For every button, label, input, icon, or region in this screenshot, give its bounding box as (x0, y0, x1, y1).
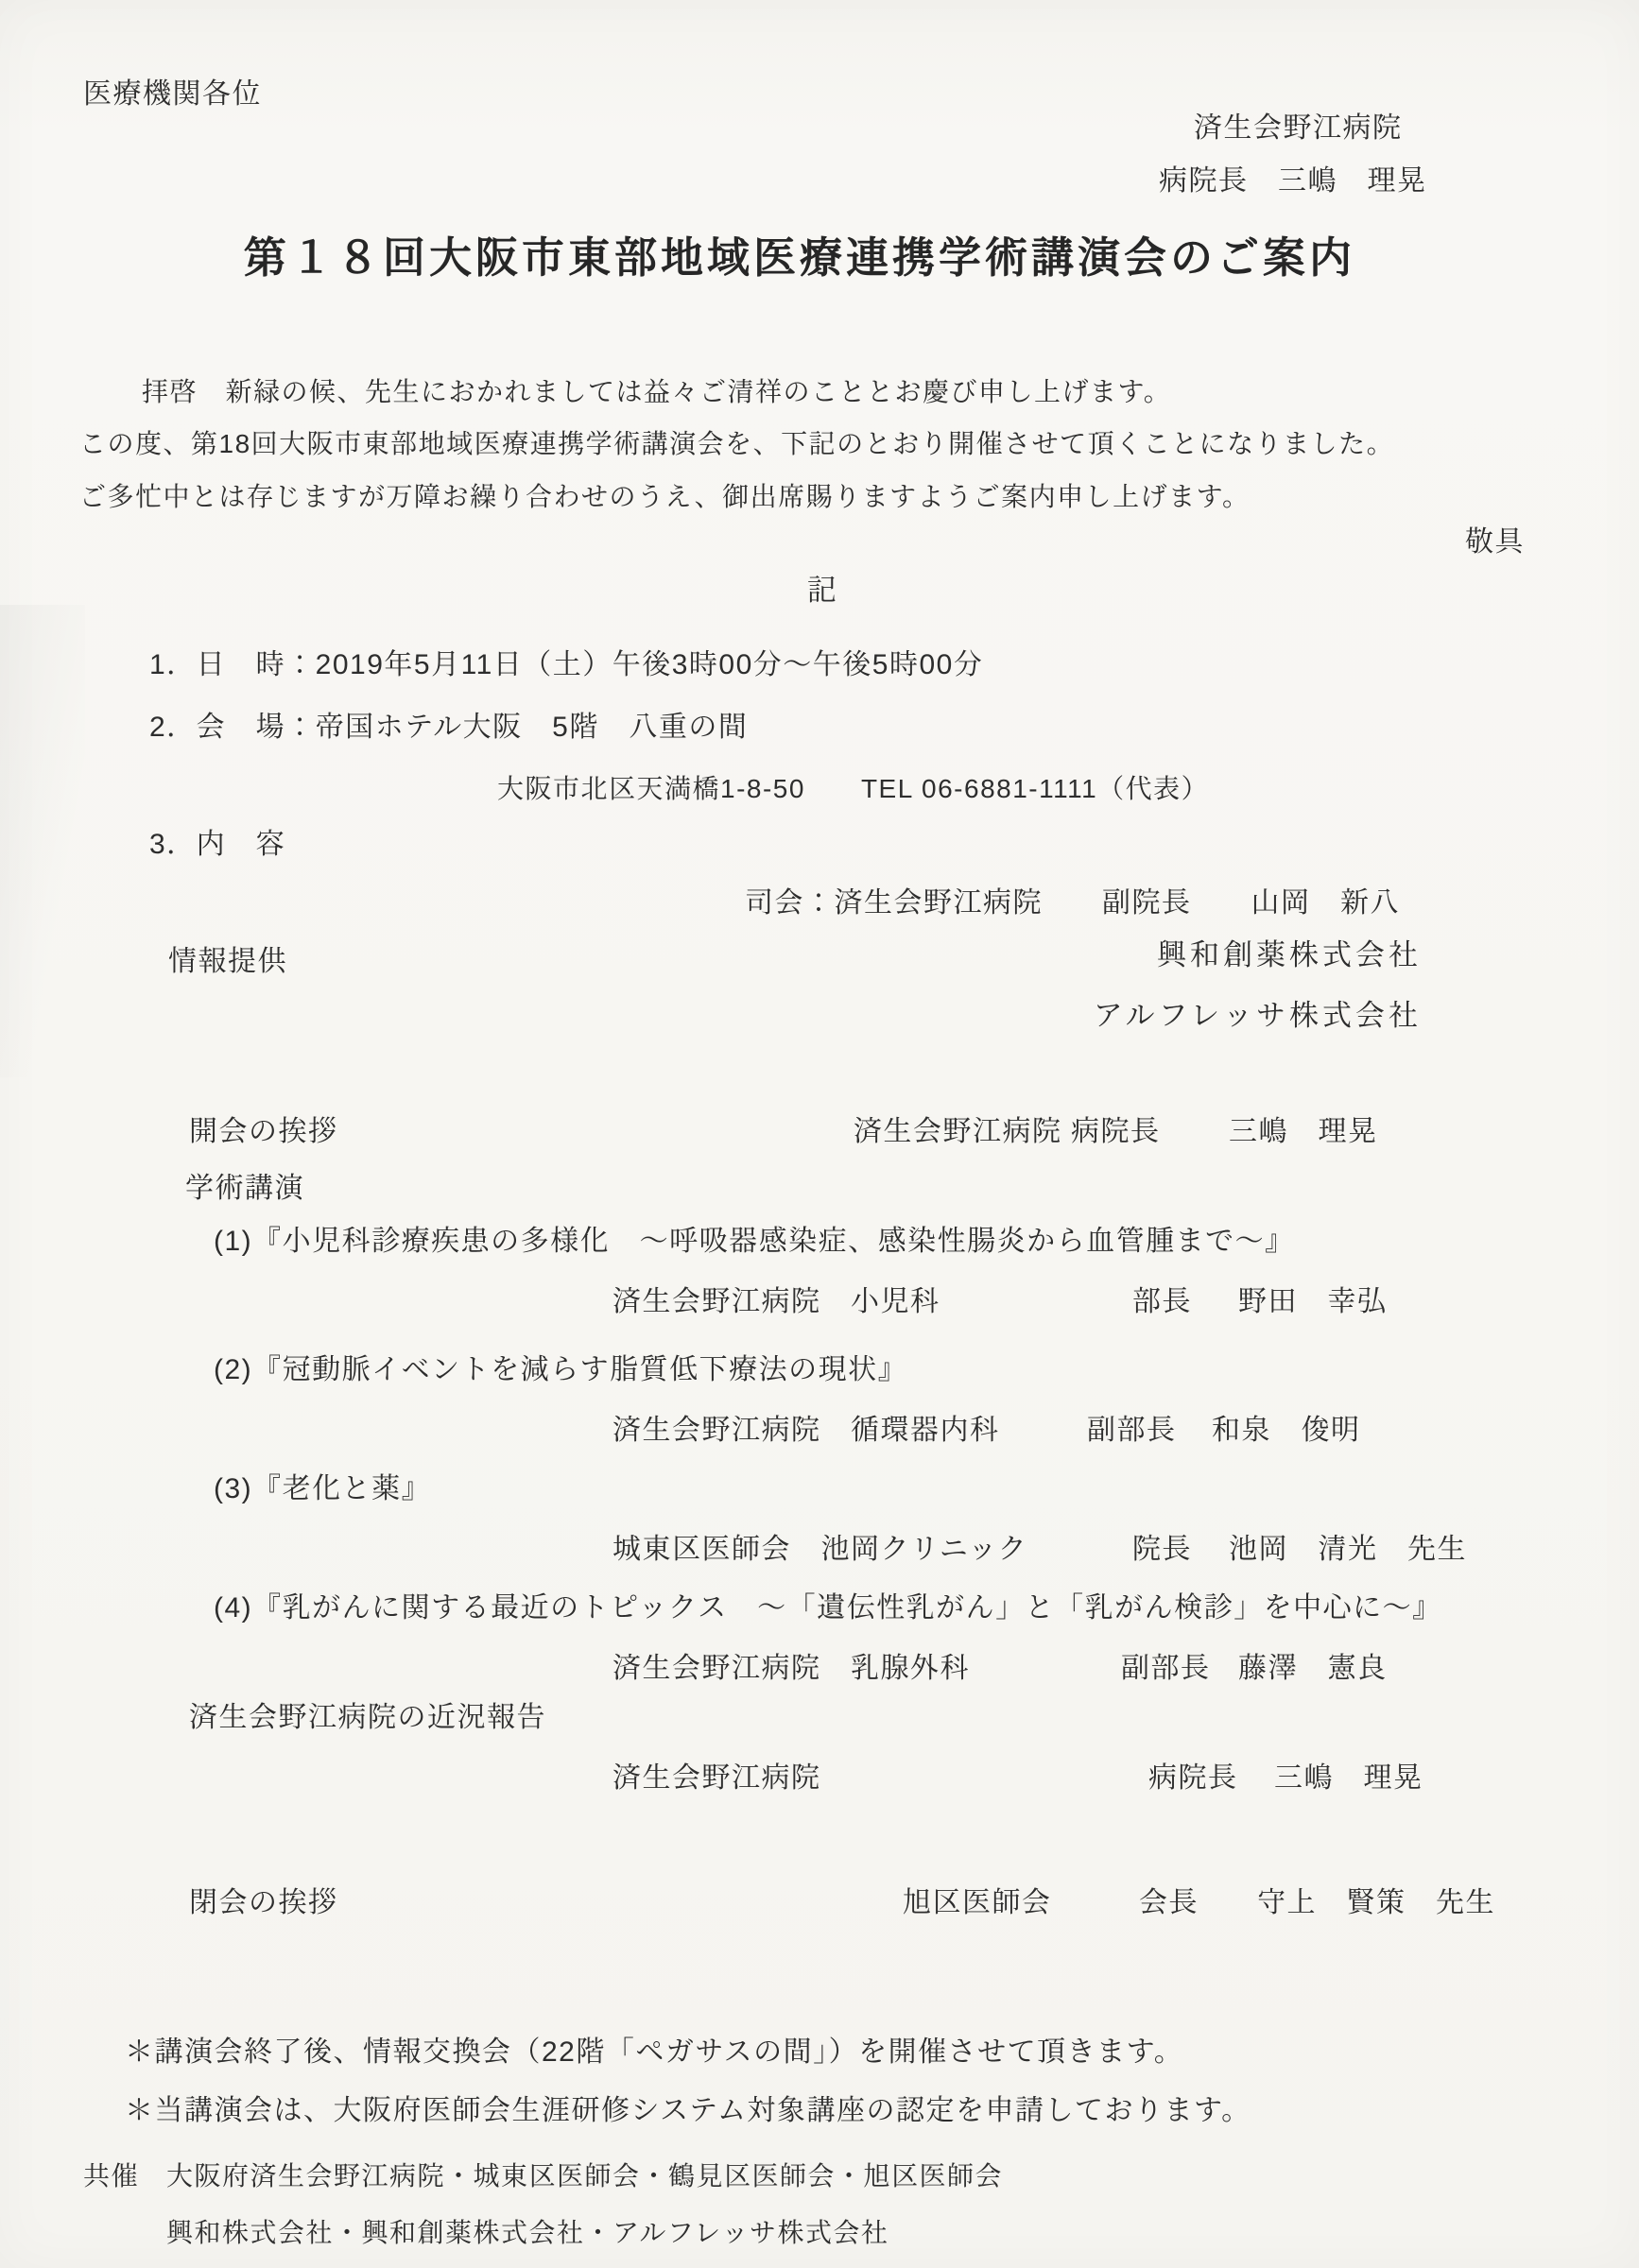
lecture-3-affiliation: 城東区医師会 池岡クリニック (612, 1533, 1027, 1567)
lecture-4-position: 副部長 (1121, 1652, 1211, 1686)
lecture-3-position: 院長 (1132, 1533, 1192, 1567)
opening-speaker-affiliation: 済生会野江病院 (854, 1115, 1062, 1149)
lecture-3-title: (3)『老化と薬』 (214, 1472, 431, 1506)
item-content-label: 3．内 容 (149, 828, 285, 862)
cosponsor-label: 共催 (83, 2160, 139, 2192)
closing-speaker-name: 守上 賢策 先生 (1257, 1886, 1495, 1920)
item-datetime: 1．日 時：2019年5月11日（土）午後3時00分～午後5時00分 (149, 648, 983, 682)
lecture-1-title: (1)『小児科診療疾患の多様化 ～呼吸器感染症、感染性腸炎から血管腫まで～』 (214, 1225, 1295, 1259)
footnote-2: ＊当講演会は、大阪府医師会生涯研修システム対象講座の認定を申請しております。 (125, 2094, 1251, 2128)
greeting-line-1: 拝啓 新緑の候、先生におかれましては益々ご清祥のこととお慶び申し上げます。 (142, 376, 1171, 408)
closing-salutation: 敬具 (1465, 525, 1525, 559)
item-venue: 2．会 場：帝国ホテル大阪 5階 八重の間 (149, 711, 748, 745)
lecture-1-affiliation: 済生会野江病院 小児科 (612, 1285, 940, 1319)
lecture-1-position: 部長 (1132, 1285, 1192, 1319)
lecture-section-header: 学術講演 (185, 1172, 304, 1206)
greeting-line-2: この度、第18回大阪市東部地域医療連携学術講演会を、下記のとおり開催させて頂くこ… (79, 428, 1394, 460)
report-name: 三嶋 理晃 (1274, 1761, 1423, 1795)
info-provider-2: アルフレッサ株式会社 (1094, 998, 1422, 1033)
recipient: 医療機関各位 (83, 77, 262, 112)
lecture-4-name: 藤澤 憲良 (1238, 1652, 1388, 1686)
closing-greeting-label: 閉会の挨拶 (189, 1886, 338, 1920)
document-title: 第１８回大阪市東部地域医療連携学術講演会のご案内 (244, 232, 1355, 283)
lecture-2-position: 副部長 (1087, 1414, 1177, 1448)
closing-speaker-position: 会長 (1139, 1886, 1199, 1920)
lecture-1-name: 野田 幸弘 (1238, 1285, 1388, 1319)
lecture-4-affiliation: 済生会野江病院 乳腺外科 (612, 1652, 970, 1686)
cosponsor-line-1: 大阪府済生会野江病院・城東区医師会・鶴見区医師会・旭区医師会 (166, 2160, 1003, 2192)
report-position: 病院長 (1148, 1761, 1238, 1795)
scanned-letter-page: 医療機関各位 済生会野江病院 病院長 三嶋 理晃 第１８回大阪市東部地域医療連携… (0, 0, 1639, 2268)
lecture-2-name: 和泉 俊明 (1212, 1414, 1361, 1448)
opening-speaker-name: 三嶋 理晃 (1229, 1115, 1378, 1149)
moderator-line: 司会：済生会野江病院 副院長 山岡 新八 (745, 886, 1400, 920)
report-label: 済生会野江病院の近況報告 (189, 1701, 546, 1735)
footnote-1: ＊講演会終了後、情報交換会（22階「ペガサスの間」）を開催させて頂きます。 (125, 2036, 1183, 2070)
lecture-2-title: (2)『冠動脈イベントを減らす脂質低下療法の現状』 (214, 1353, 907, 1387)
venue-address: 大阪市北区天満橋1-8-50 TEL 06-6881-1111（代表） (497, 773, 1209, 805)
paper-crease (0, 605, 85, 1077)
opening-speaker-position: 病院長 (1071, 1115, 1161, 1149)
closing-speaker-affiliation: 旭区医師会 (903, 1886, 1052, 1920)
lecture-4-title: (4)『乳がんに関する最近のトピックス ～「遺伝性乳がん」と「乳がん検診」を中心… (214, 1591, 1442, 1625)
sender-org: 済生会野江病院 (1194, 112, 1403, 146)
opening-greeting-label: 開会の挨拶 (189, 1115, 338, 1149)
lecture-2-affiliation: 済生会野江病院 循環器内科 (612, 1414, 1000, 1448)
record-marker: 記 (807, 573, 838, 608)
info-provider-1: 興和創薬株式会社 (1157, 937, 1422, 972)
greeting-line-3: ご多忙中とは存じますが万障お繰り合わせのうえ、御出席賜りますようご案内申し上げま… (79, 481, 1250, 513)
report-affiliation: 済生会野江病院 (612, 1761, 821, 1795)
info-provider-label: 情報提供 (168, 945, 287, 979)
cosponsor-line-2: 興和株式会社・興和創薬株式会社・アルフレッサ株式会社 (166, 2217, 889, 2249)
lecture-3-name: 池岡 清光 先生 (1229, 1533, 1467, 1567)
sender-person: 病院長 三嶋 理晃 (1159, 164, 1427, 198)
